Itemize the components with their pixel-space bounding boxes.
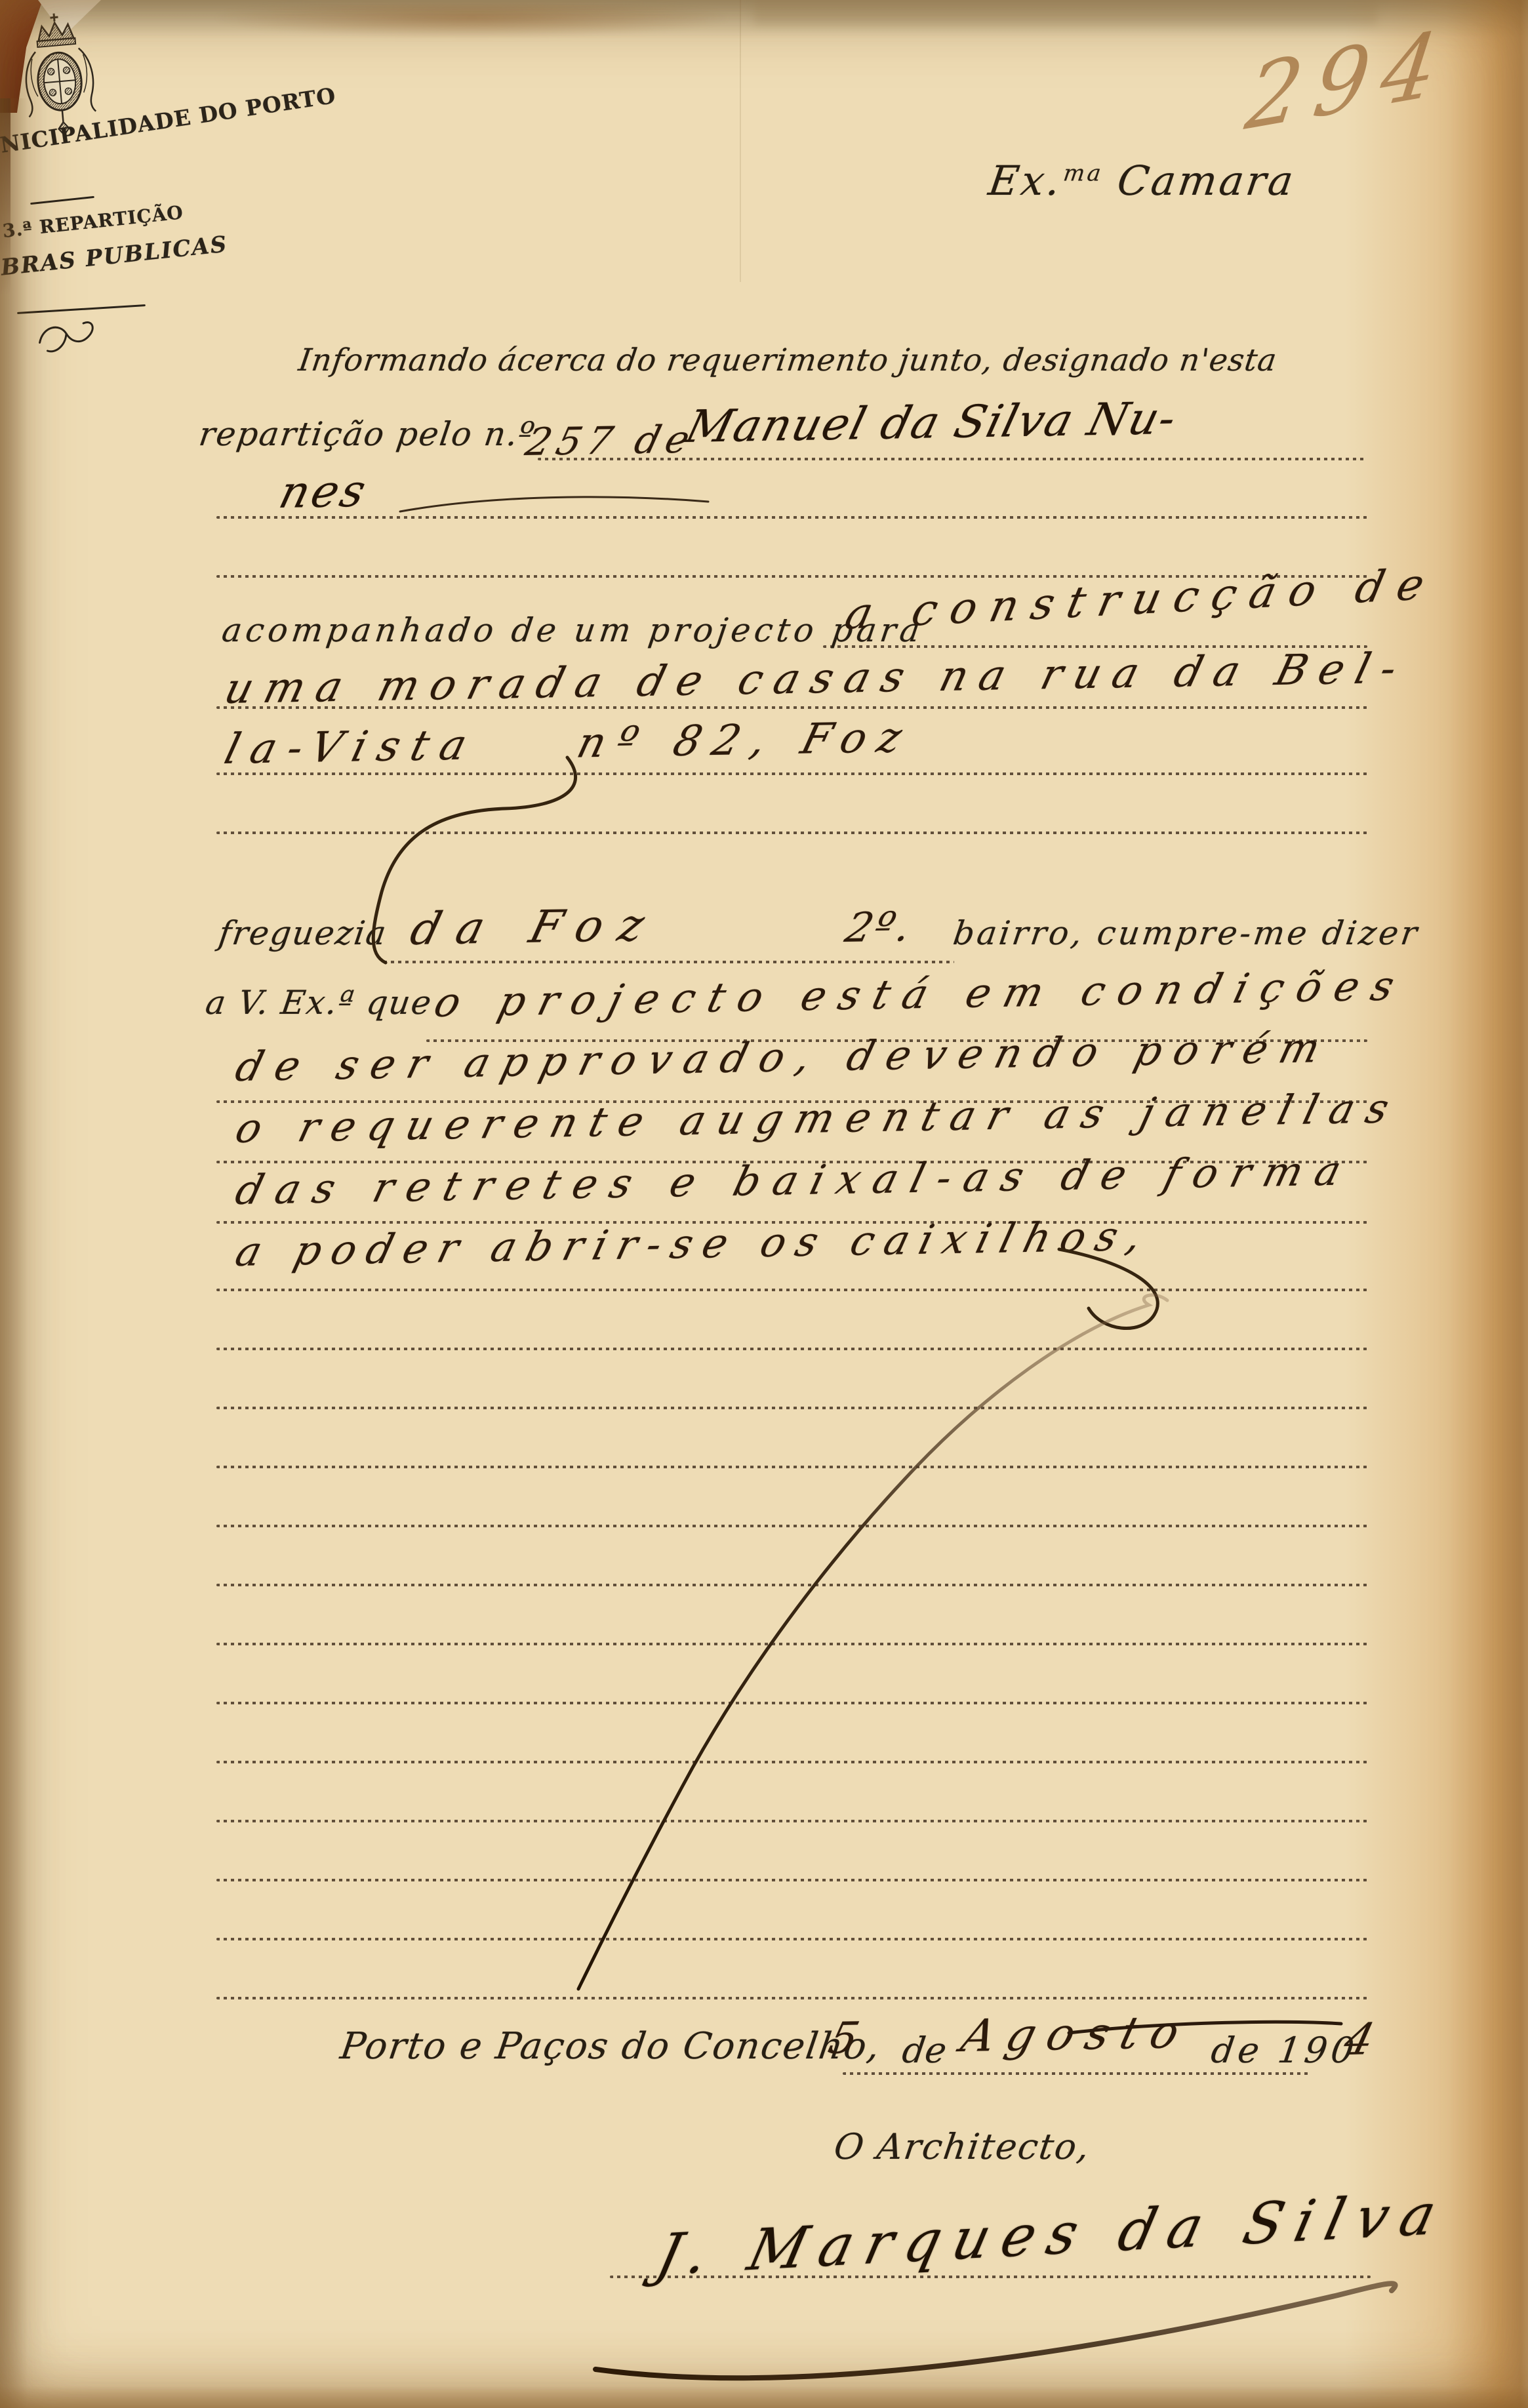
salutation-prefix: Ex. xyxy=(986,157,1066,205)
letterhead-office: OBRAS PUBLICAS xyxy=(0,231,229,283)
document-page: MUNICIPALIDADE DO PORTO 3.ª REPARTIÇÃO O… xyxy=(0,0,1528,2408)
salutation-heading: Ex.ma Camara xyxy=(917,109,1306,252)
letterhead-rule-2 xyxy=(17,304,146,314)
left-edge-shadow xyxy=(0,98,28,2408)
hw-request-number: 257 de xyxy=(521,417,700,464)
form-line-vexa: a V. Ex.ª que xyxy=(203,984,435,1022)
pen-stroke-agosto-tbar xyxy=(1062,2015,1351,2043)
letterhead: MUNICIPALIDADE DO PORTO 3.ª REPARTIÇÃO O… xyxy=(0,0,341,367)
hw-opinion-4: das retretes e baixal-as de forma xyxy=(231,1146,1359,1214)
form-date-de1: de xyxy=(900,2030,949,2071)
hw-bairro-number: 2º. xyxy=(841,902,919,952)
form-line-acompanhado: acompanhado de um projecto para xyxy=(220,611,926,649)
form-date-place: Porto e Paços do Concelho, xyxy=(338,2025,883,2068)
letterhead-rule-1 xyxy=(30,196,94,205)
flourish-ornament-icon xyxy=(31,311,109,365)
salutation-superscript: ma xyxy=(1062,160,1105,186)
form-signature-title: O Architecto, xyxy=(832,2126,1093,2167)
hw-opinion-2: de ser approvado, devendo porém xyxy=(231,1024,1337,1091)
hw-opinion-3: o requerente augmentar as janellas xyxy=(231,1084,1406,1152)
dotted-rule xyxy=(843,2072,1308,2075)
pen-stroke-signature-flourish xyxy=(584,2266,1410,2393)
paper-crease xyxy=(740,0,741,282)
letterhead-department: 3.ª REPARTIÇÃO xyxy=(1,201,184,242)
hw-applicant-name-2: nes xyxy=(274,466,373,519)
dotted-rule xyxy=(216,516,1367,519)
pen-stroke-nes-dash xyxy=(393,482,721,531)
salutation-main: Camara xyxy=(1099,157,1299,205)
form-line-reparticao: repartição pelo n.º xyxy=(197,415,538,453)
top-edge-smudge-2 xyxy=(754,0,1377,25)
right-edge-tan xyxy=(1344,0,1528,2408)
pen-stroke-long-curve xyxy=(551,1282,1174,2006)
form-line-informando: Informando ácerca do requerimento junto,… xyxy=(296,342,1279,378)
hw-project-2: uma morada de casas na rua da Bel- xyxy=(220,645,1413,713)
hw-applicant-name-1: Manuel da Silva Nu- xyxy=(681,393,1182,453)
form-label-bairro: bairro, cumpre-me dizer xyxy=(951,914,1422,952)
pen-stroke-foz-brace xyxy=(308,741,603,973)
